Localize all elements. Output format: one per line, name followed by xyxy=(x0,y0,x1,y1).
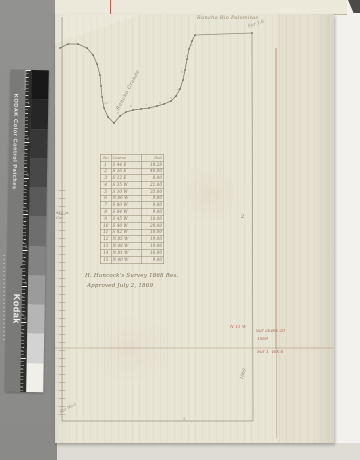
registration-dot xyxy=(20,266,22,268)
kodak-brand-logo: Kodak xyxy=(11,294,22,324)
station-number: 1 xyxy=(191,43,193,47)
approval-note: Approved July 2, 1869 xyxy=(87,283,153,289)
red-margin-line xyxy=(110,0,111,14)
mid-line-marker: 2 xyxy=(241,215,244,221)
table-row: 11S 82 W18.00 xyxy=(101,229,164,236)
gray-patch xyxy=(27,333,45,363)
station-number: 6 xyxy=(159,101,161,105)
table-row: 6N 86 W9.00 xyxy=(101,195,164,202)
top-ranch-label: Rancho Rio Palomitas xyxy=(197,16,258,22)
station-number: 8 xyxy=(130,104,132,108)
gray-patch xyxy=(30,158,48,188)
table-row: 5S 10 W33.00 xyxy=(101,188,164,195)
table-row: 12N 85 W19.00 xyxy=(101,236,164,243)
gray-patch xyxy=(28,246,46,276)
table-row: 1S 44 E10.28 xyxy=(101,161,164,168)
courses-table: No Course Dist 1S 44 E10.28 2S 16 E40.00… xyxy=(100,154,164,264)
red-survey-number-upper: Sur 26 xyxy=(256,330,271,335)
scanned-survey-plat: KODAK Color Control Patches Kodak Centim… xyxy=(0,0,360,460)
north-boundary-line xyxy=(195,33,252,35)
station-number: 2 xyxy=(184,54,187,58)
table-row: 13N 48 W19.00 xyxy=(101,243,164,250)
bottom-line-marker: 2 xyxy=(183,417,186,421)
red-block-number-upper: Blk 20 xyxy=(271,330,285,335)
col-header-no: No xyxy=(101,155,112,162)
red-survey-number-lower: Sur 1 xyxy=(257,351,269,356)
gray-patch xyxy=(27,304,45,334)
col-header-dist: Dist xyxy=(141,155,163,162)
col-header-course: Course xyxy=(111,155,141,162)
table-row: 3S 12 E8.00 xyxy=(101,175,164,182)
east-boundary-line xyxy=(252,33,253,421)
gray-patch xyxy=(30,129,48,159)
table-row: 7S 80 W9.00 xyxy=(101,202,164,209)
table-header-row: No Course Dist xyxy=(101,155,164,162)
scanner-background-bottom xyxy=(57,443,360,460)
creek-meander-line xyxy=(60,35,195,123)
gray-patch xyxy=(31,70,49,100)
kodak-grayscale-strip: KODAK Color Control Patches Kodak Centim… xyxy=(5,70,49,393)
station-number: 4 xyxy=(176,87,179,91)
red-bearing-note: N 11 W xyxy=(230,326,246,331)
table-row: 10S 40 W20.00 xyxy=(101,222,164,229)
gray-patch xyxy=(29,187,47,217)
table-row: 9S 45 W18.00 xyxy=(101,216,164,223)
gray-patch xyxy=(29,216,47,246)
red-block-number-lower: Blk 6 xyxy=(272,351,283,356)
west-margin-note: 845 vs Cor xyxy=(56,211,69,221)
table-row: 14N 81 W16.00 xyxy=(101,249,164,256)
strip-micro-text xyxy=(3,255,7,341)
meander-station-dots xyxy=(60,33,252,123)
table-row: 4S 35 W22.00 xyxy=(101,182,164,189)
gray-patch xyxy=(26,363,44,393)
station-number: 3 xyxy=(181,70,183,74)
table-row: 15N 40 W9.00 xyxy=(101,256,164,263)
table-row: 8S 84 W9.00 xyxy=(101,209,164,216)
survey-drawing: 1 2 3 4 5 6 7 8 9 10 xyxy=(55,14,334,443)
kodak-strip-title: KODAK Color Control Patches xyxy=(9,94,19,309)
gray-patch xyxy=(31,99,49,129)
station-number: 9 xyxy=(117,111,119,115)
station-number: 10 xyxy=(104,101,108,105)
survey-plat-sheet: 1 2 3 4 5 6 7 8 9 10 Rancho Rio Palomita… xyxy=(55,14,334,443)
ruler-unit-label: Centimeters xyxy=(23,71,27,91)
red-year-note: 1869 xyxy=(257,338,268,343)
station-number: 5 xyxy=(170,96,172,100)
gray-patch xyxy=(28,275,46,305)
table-row: 2S 16 E40.00 xyxy=(101,168,164,175)
paper-fold-strip xyxy=(55,0,347,15)
survey-title-note: H. Hancock's Survey 1868 Res. xyxy=(85,273,178,279)
station-number: 7 xyxy=(145,103,147,107)
